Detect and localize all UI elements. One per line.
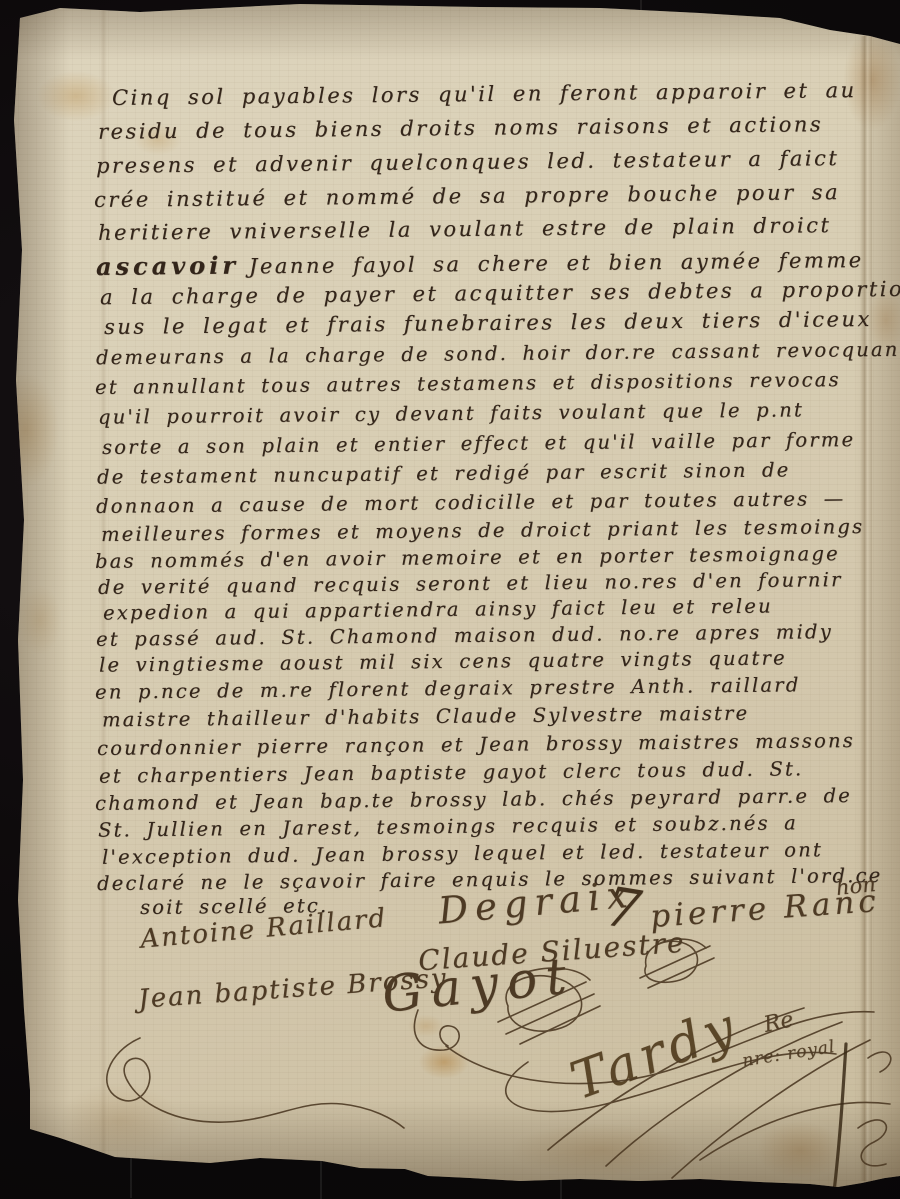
photograph: Cinq sol payables lors qu'il en feront a… <box>0 0 900 1199</box>
manuscript-page: Cinq sol payables lors qu'il en feront a… <box>0 0 900 1199</box>
notary-re-paraph: Re <box>762 1009 796 1037</box>
ascavoir-keyword: ascavoir <box>96 251 239 281</box>
